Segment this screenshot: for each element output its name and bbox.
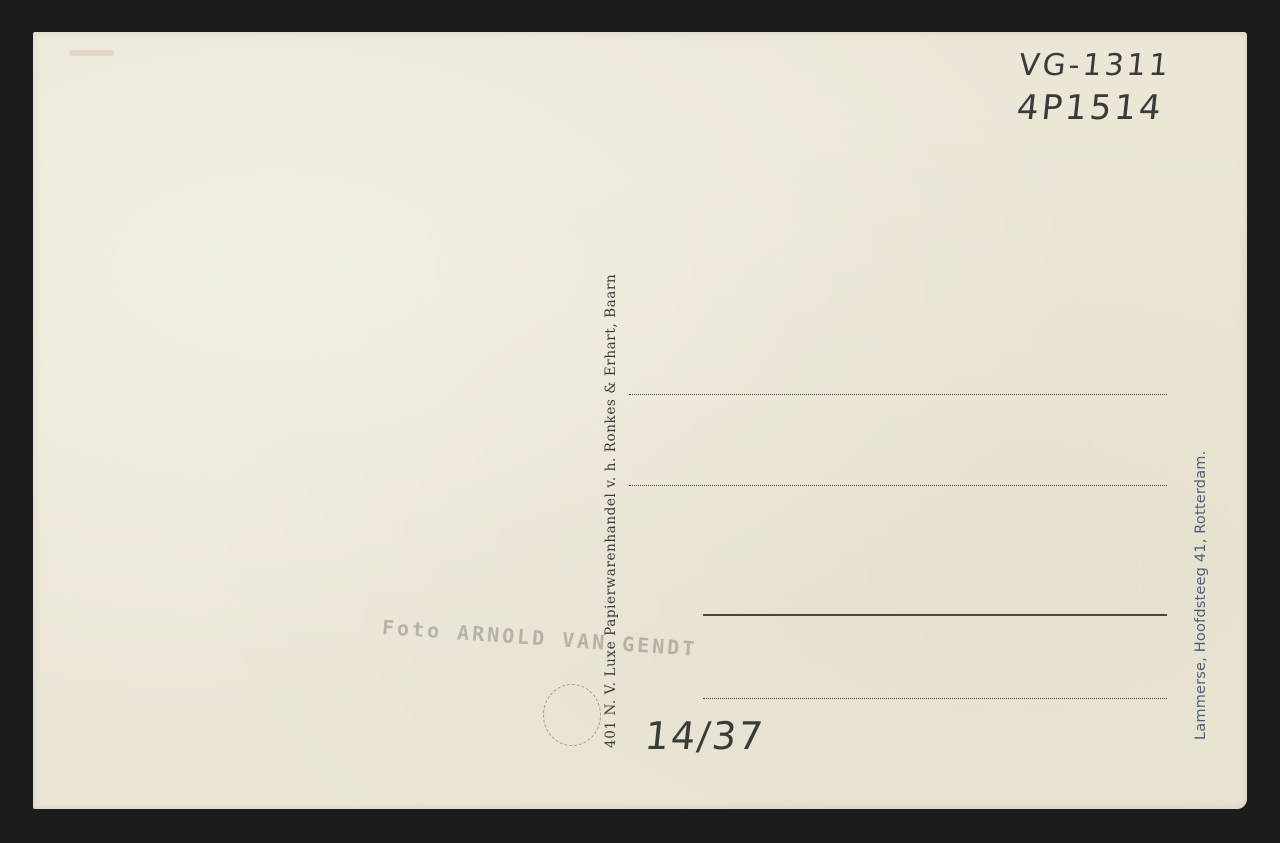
postcard-back: VG-1311 4P1514 401 N. V. Luxe Papierware… [33, 32, 1247, 809]
handwritten-reference-3: 14/37 [643, 714, 767, 758]
photographer-stamp: Foto ARNOLD VAN GENDT [381, 615, 698, 661]
publisher-imprint: 401 N. V. Luxe Papierwarenhandel v. h. R… [603, 274, 619, 748]
corner-stain [69, 50, 114, 56]
handwritten-reference-2: 4P1514 [1015, 88, 1166, 128]
postmark-circle [543, 684, 601, 746]
handwritten-reference-1: VG-1311 [1017, 48, 1173, 83]
address-line-3 [703, 614, 1167, 616]
printer-imprint: Lammerse, Hoofdsteeg 41, Rotterdam. [1193, 451, 1209, 740]
address-line-4 [703, 698, 1167, 699]
address-line-2 [629, 485, 1167, 486]
address-line-1 [629, 394, 1167, 395]
